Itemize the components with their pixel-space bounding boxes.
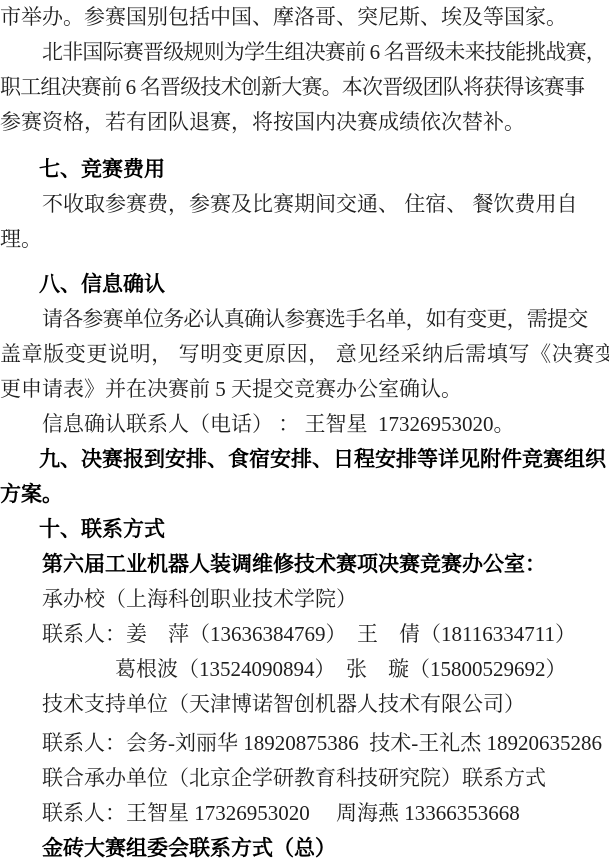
heading-section-9-line-1: 九、决赛报到安排、食宿安排、日程安排等详见附件竞赛组织 — [0, 442, 609, 477]
promotion-rule-line-2: 职工组决赛前 6 名晋级技术创新大赛。本次晋级团队将获得该赛事 — [0, 70, 609, 105]
tech-support-unit-line: 技术支持单位（天津博诺智创机器人技术有限公司） — [0, 687, 609, 722]
heading-section-10-contacts: 十、联系方式 — [0, 512, 609, 547]
office-contacts-line-1: 联系人：姜 萍（13636384769） 王 倩（18116334711） — [0, 617, 609, 652]
heading-section-8-info-confirm: 八、信息确认 — [0, 267, 609, 302]
tech-support-contacts-line: 联系人：会务-刘丽华 18920875386 技术-王礼杰 1892063528… — [0, 726, 609, 761]
document-page: 市举办。参赛国别包括中国、摩洛哥、突尼斯、埃及等国家。 北非国际赛晋级规则为学生… — [0, 0, 609, 867]
office-contacts-line-2: 葛根波（13524090894） 张 璇（15800529692） — [0, 652, 609, 687]
info-confirm-contact-line: 信息确认联系人（电话） ： 王智星 17326953020。 — [0, 407, 609, 442]
co-organizer-contacts-line: 联系人：王智星 17326953020 周海燕 13366353668 — [0, 796, 609, 831]
heading-section-7-fees: 七、竞赛费用 — [0, 152, 609, 187]
promotion-rule-line-1: 北非国际赛晋级规则为学生组决赛前 6 名晋级未来技能挑战赛， — [0, 35, 609, 70]
fees-line-2: 理。 — [0, 222, 609, 257]
heading-section-9-line-2: 方案。 — [0, 477, 609, 512]
info-confirm-line-3: 更申请表》并在决赛前 5 天提交竞赛办公室确认。 — [0, 372, 609, 407]
competition-office-title: 第六届工业机器人装调维修技术赛项决赛竞赛办公室： — [0, 547, 609, 582]
fees-line-1: 不收取参赛费，参赛及比赛期间交通、 住宿、 餐饮费用自 — [0, 187, 609, 222]
host-school-line: 承办校（上海科创职业技术学院） — [0, 582, 609, 617]
info-confirm-line-1: 请各参赛单位务必认真确认参赛选手名单，如有变更，需提交 — [0, 302, 609, 337]
co-organizer-line: 联合承办单位（北京企学研教育科技研究院）联系方式 — [0, 761, 609, 796]
intro-line: 市举办。参赛国别包括中国、摩洛哥、突尼斯、埃及等国家。 — [0, 0, 609, 35]
promotion-rule-line-3: 参赛资格，若有团队退赛，将按国内决赛成绩依次替补。 — [0, 105, 609, 140]
brics-committee-heading: 金砖大赛组委会联系方式（总） — [0, 831, 609, 866]
info-confirm-line-2: 盖章版变更说明， 写明变更原因， 意见经采纳后需填写《决赛变 — [0, 337, 609, 372]
